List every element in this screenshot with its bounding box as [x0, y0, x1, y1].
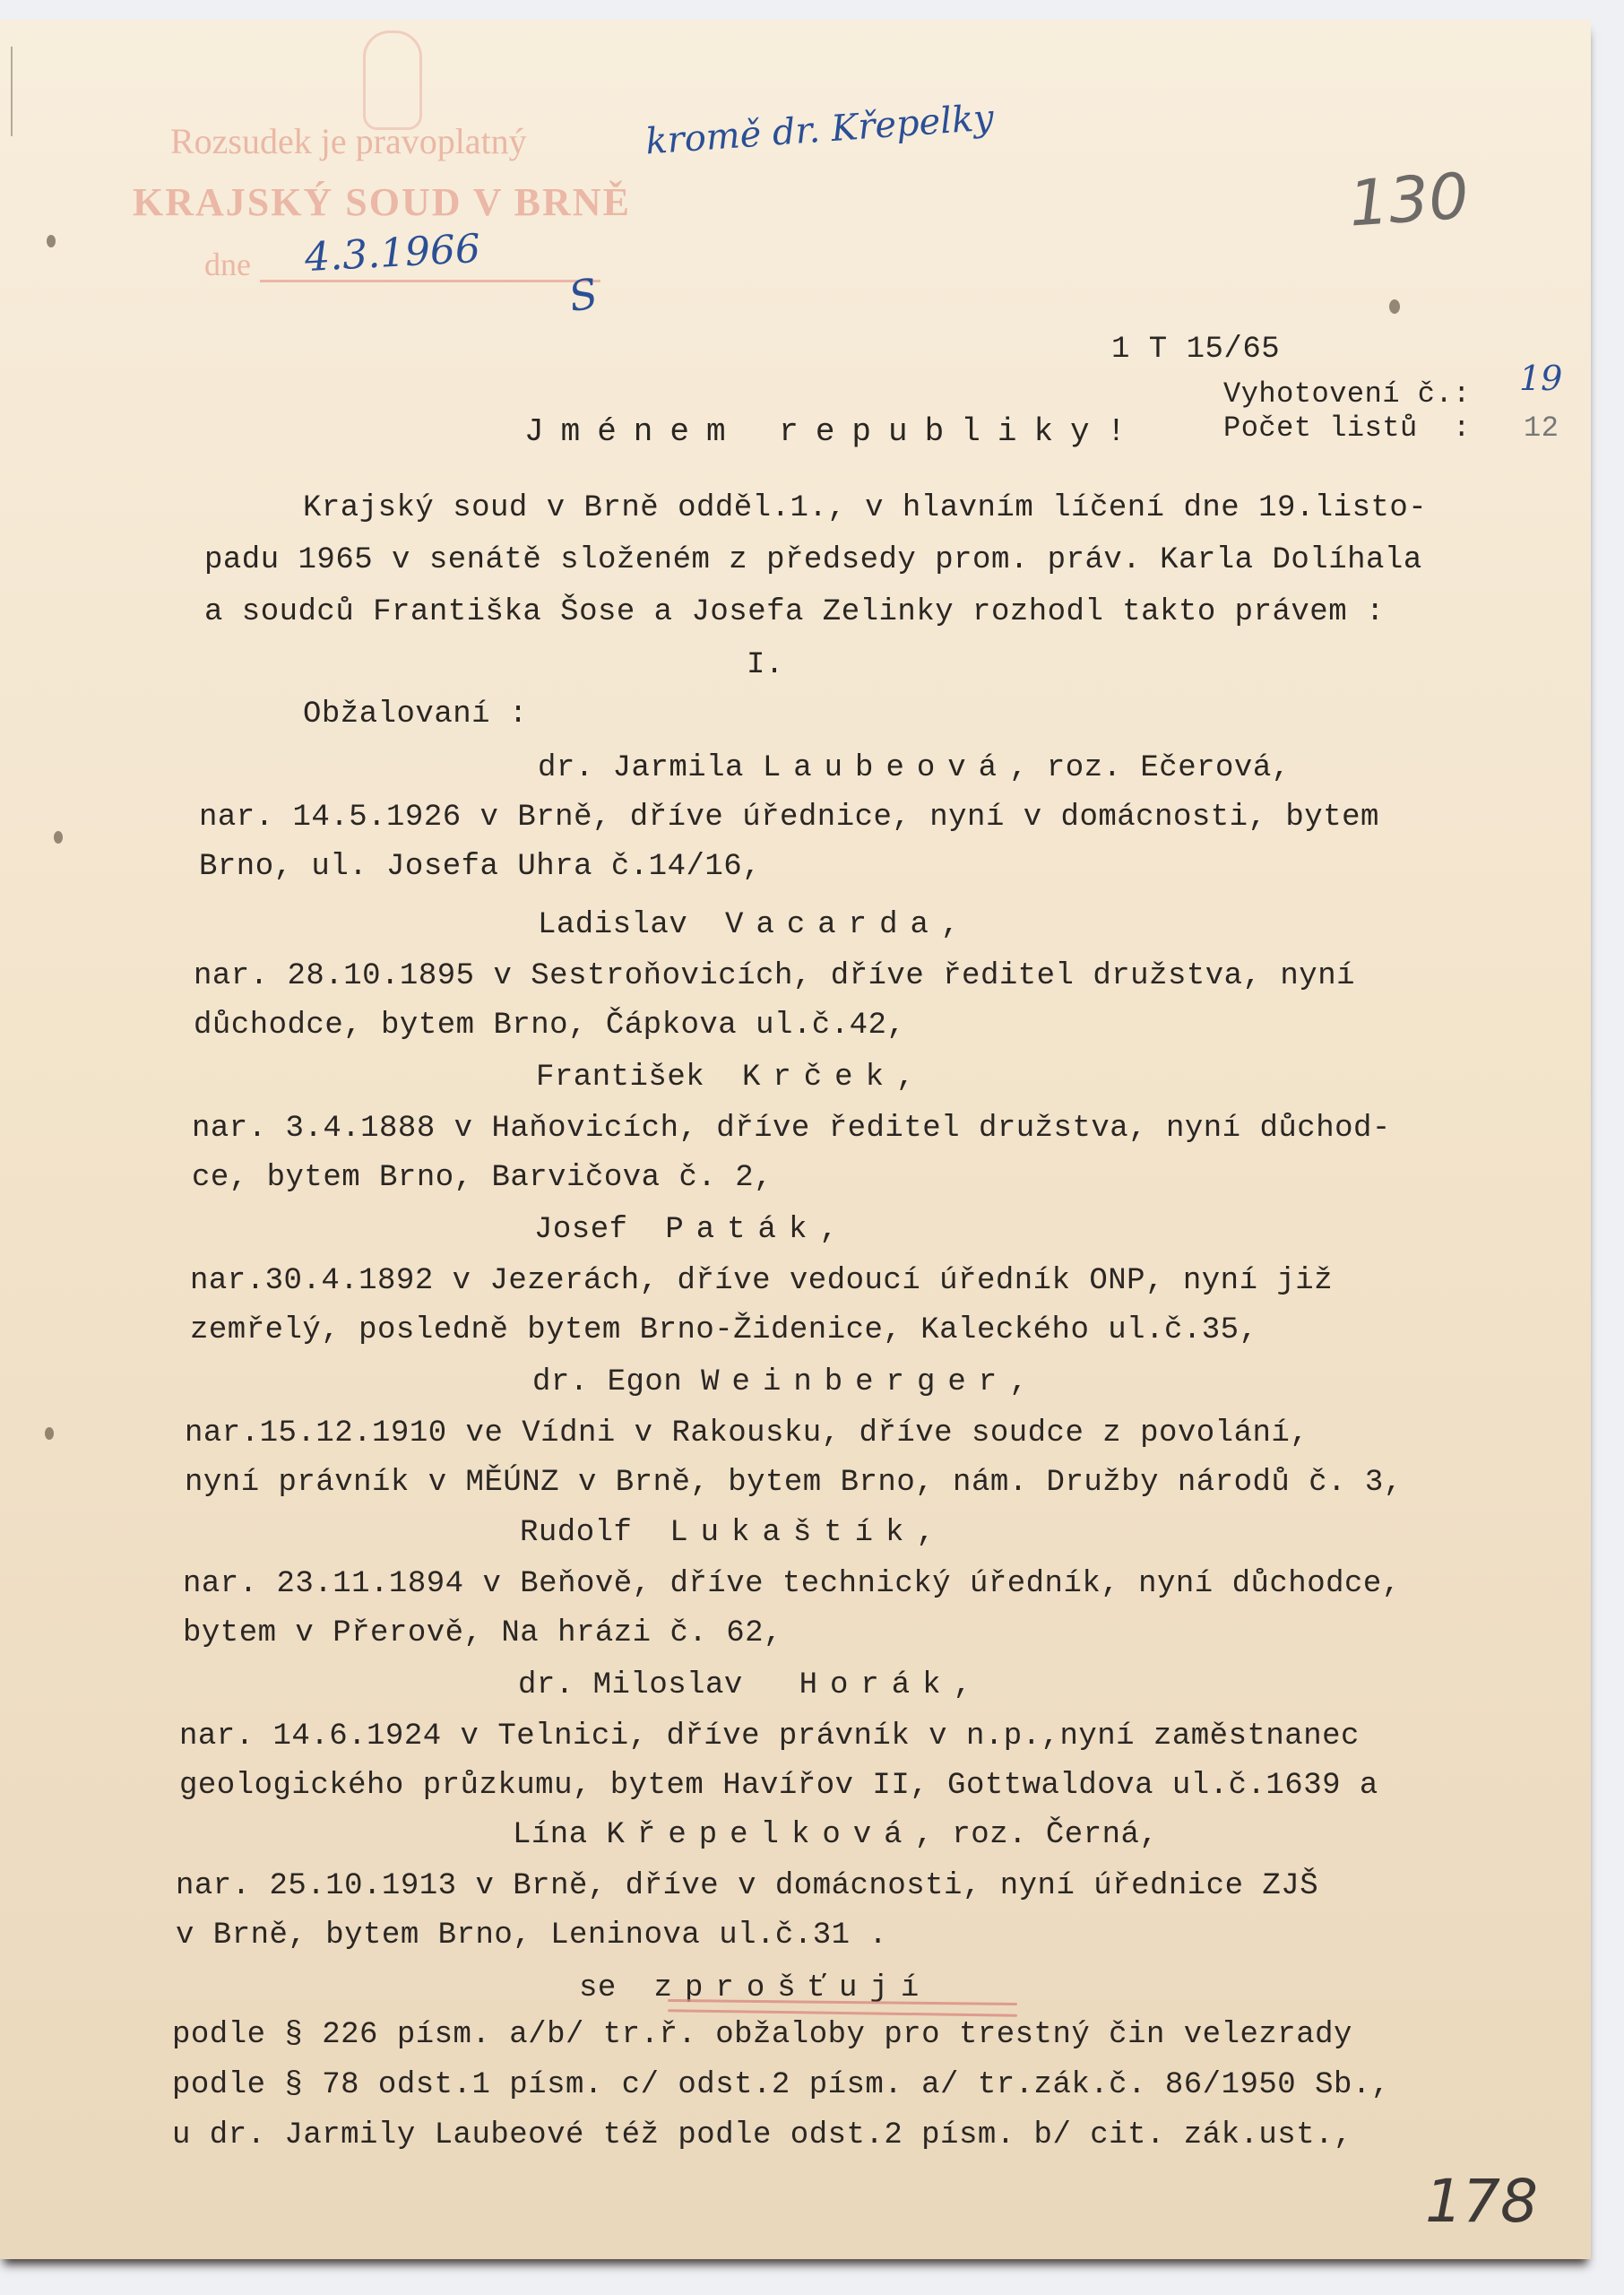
defendant-name: dr. Miloslav Horák, — [518, 1667, 972, 1703]
intro-line: a soudců Františka Šose a Josefa Zelinky… — [204, 594, 1385, 630]
stamp-line-court: KRAJSKÝ SOUD V BRNĚ — [133, 179, 631, 225]
defendant-details: v Brně, bytem Brno, Leninova ul.č.31 . — [176, 1918, 887, 1953]
state-emblem-stamp-icon — [363, 30, 422, 130]
stamp-dne-label: dne — [204, 246, 251, 283]
defendant-details: ce, bytem Brno, Barvičova č. 2, — [192, 1160, 773, 1196]
folio-number-pencil: 130 — [1346, 159, 1471, 240]
defendant-name: dr. Jarmila Laubeová, roz. Ečerová, — [538, 750, 1291, 786]
defendant-details: nyní právník v MĚÚNZ v Brně, bytem Brno,… — [185, 1465, 1403, 1501]
defendant-details: zemřelý, posledně bytem Brno-Židenice, K… — [190, 1312, 1258, 1348]
closing-line: podle § 226 písm. a/b/ tr.ř. obžaloby pr… — [172, 2017, 1352, 2053]
defendant-details: nar. 23.11.1894 v Beňově, dříve technick… — [183, 1566, 1401, 1602]
handwritten-initial: S — [566, 269, 601, 322]
defendants-label: Obžalovaní : — [303, 697, 528, 732]
defendant-details: nar.30.4.1892 v Jezerách, dříve vedoucí … — [190, 1263, 1333, 1299]
stamp-line-pravoplatny: Rozsudek je pravoplatný — [170, 120, 527, 162]
defendant-details: geologického průzkumu, bytem Havířov II,… — [179, 1768, 1378, 1804]
defendant-name: Josef Paták, — [534, 1212, 838, 1248]
intro-line: Krajský soud v Brně odděl.1., v hlavním … — [303, 490, 1427, 526]
red-underline — [668, 2009, 1017, 2016]
defendant-details: nar. 14.6.1924 v Telnici, dříve právník … — [179, 1719, 1360, 1754]
defendant-details: nar.15.12.1910 ve Vídni v Rakousku, dřív… — [185, 1416, 1309, 1451]
ink-speck — [1389, 299, 1400, 314]
punch-hole-dot — [54, 831, 63, 844]
intro-line: padu 1965 v senátě složeném z předsedy p… — [204, 542, 1422, 578]
copy-number-label: Vyhotovení č.: — [1223, 377, 1471, 412]
defendant-name: Rudolf Lukaštík, — [520, 1515, 935, 1551]
defendant-details: nar. 25.10.1913 v Brně, dříve v domácnos… — [176, 1868, 1318, 1904]
defendant-details: nar. 3.4.1888 v Haňovicích, dříve ředite… — [192, 1111, 1391, 1147]
defendant-details: Brno, ul. Josefa Uhra č.14/16, — [199, 849, 761, 885]
punch-hole-dot — [45, 1427, 54, 1440]
document-page: Rozsudek je pravoplatný KRAJSKÝ SOUD V B… — [0, 20, 1591, 2259]
defendant-details: důchodce, bytem Brno, Čápkova ul.č.42, — [194, 1008, 905, 1044]
page-number-handwritten: 178 — [1425, 2167, 1538, 2236]
handwritten-note: kromě dr. Křepelky — [644, 97, 995, 162]
defendant-details: nar. 28.10.1895 v Sestroňovicích, dříve … — [194, 958, 1355, 994]
defendant-details: nar. 14.5.1926 v Brně, dříve úřednice, n… — [199, 800, 1379, 836]
defendant-details: bytem v Přerově, Na hrázi č. 62, — [183, 1615, 782, 1651]
handwritten-stamp-date: 4.3.1966 — [304, 226, 481, 281]
punch-hole-dot — [47, 235, 56, 247]
defendant-name: Lína Křepelková, roz. Černá, — [513, 1817, 1158, 1853]
margin-mark — [11, 47, 13, 136]
sheets-count-label: Počet listů : — [1223, 411, 1471, 446]
sheets-count-value: 12 — [1524, 411, 1559, 446]
defendant-name: dr. Egon Weinberger, — [532, 1364, 1028, 1400]
closing-line: u dr. Jarmily Laubeové též podle odst.2 … — [172, 2117, 1352, 2153]
closing-line: podle § 78 odst.1 písm. c/ odst.2 písm. … — [172, 2067, 1390, 2103]
copy-number-value: 19 — [1519, 359, 1562, 398]
section-numeral: I. — [747, 647, 784, 683]
defendant-name: František Krček, — [536, 1060, 915, 1096]
defendant-name: Ladislav Vacarda, — [538, 907, 960, 943]
case-number: 1 T 15/65 — [1111, 332, 1280, 368]
document-title: Jménem republiky! — [524, 414, 1143, 450]
